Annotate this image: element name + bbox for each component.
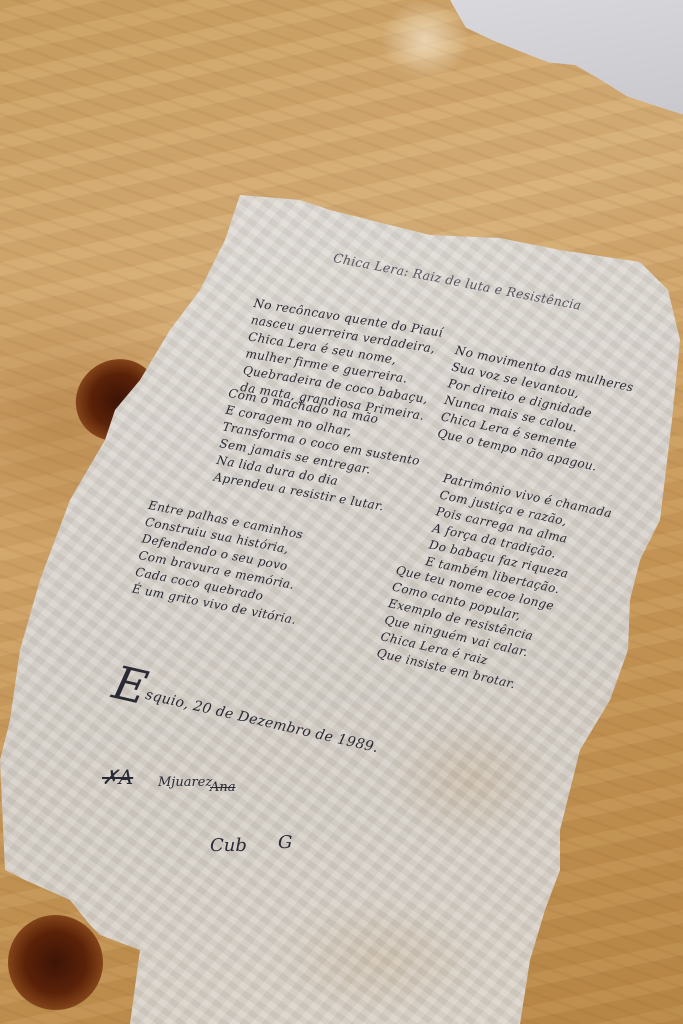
light-glare: [380, 0, 470, 80]
signature: ✗A: [102, 765, 133, 789]
signature: Mjuarez: [158, 775, 212, 790]
signature: Ana: [210, 780, 236, 795]
signature: Cub: [210, 835, 247, 856]
paper-scrap: [445, 0, 683, 115]
signature: G: [278, 832, 292, 853]
wood-knot: [8, 915, 103, 1010]
